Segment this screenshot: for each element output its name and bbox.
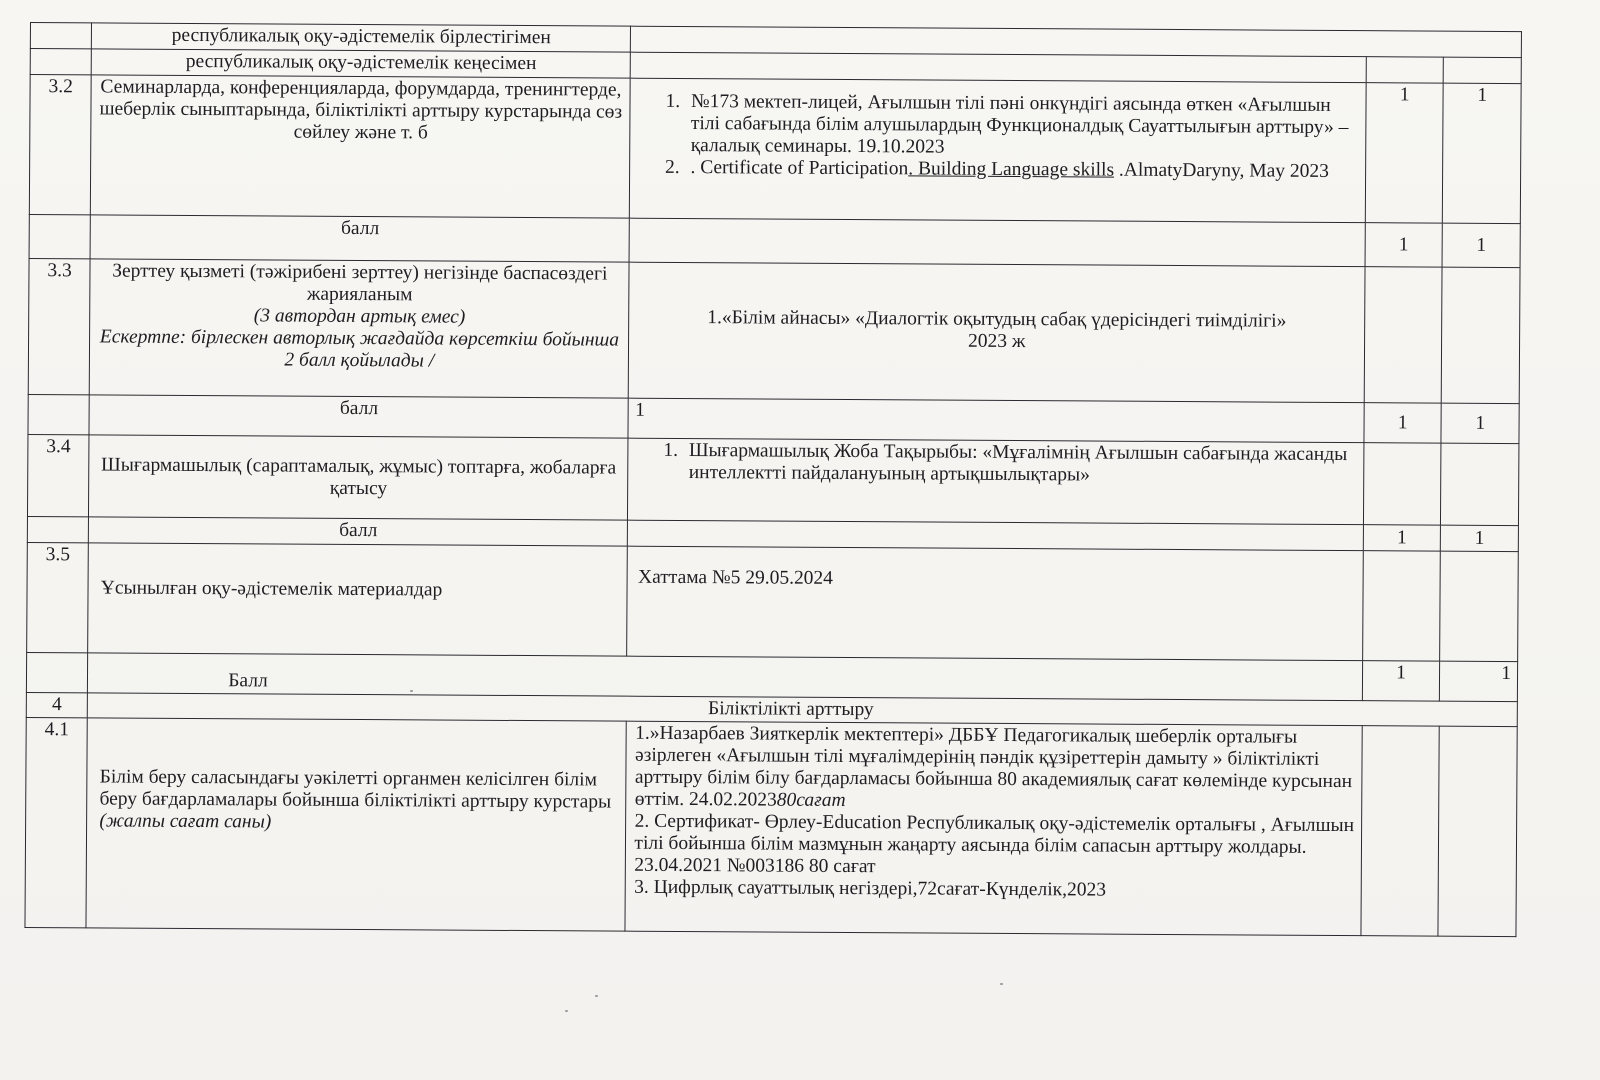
criterion-note: Ескертпе: бірлескен авторлық жағдайда кө… [96, 326, 622, 373]
criterion-cell: Зерттеу қызметі (тәжірибені зерттеу) нег… [89, 259, 629, 398]
row-number-cell: 4.1 [25, 717, 88, 927]
evidence-item: 3. Цифрлық сауаттылық негіздері,72сағат-… [634, 877, 1354, 903]
evidence-cell: 1 [628, 398, 1363, 442]
evidence-suffix: .AlmatyDaryny, May 2023 [1114, 160, 1329, 182]
score-cell-1: 1 [1362, 661, 1440, 701]
scanned-page: республикалық оқу-әдістемелік бірлестігі… [0, 0, 1600, 1080]
score-label-cell: балл [89, 395, 628, 438]
score-cell-2: 1 [1441, 525, 1519, 551]
score-cell-2: 1 [1441, 403, 1519, 443]
score-cell-1 [1363, 443, 1441, 525]
criterion-cell: республикалық оқу-әдістемелік бірлестігі… [92, 23, 631, 52]
evidence-text: 1.«Білім айнасы» «Диалогтік оқытудың саб… [636, 307, 1358, 333]
evidence-item: 2. Сертификат- Өрлеу-Education Республик… [634, 811, 1355, 881]
evidence-cell [630, 218, 1366, 266]
score-cell-1 [1361, 726, 1440, 936]
score-cell-1 [1362, 551, 1440, 661]
score-cell-2: 1 [1440, 661, 1518, 701]
score-label: Балл [228, 670, 268, 691]
row-number-cell [30, 23, 91, 49]
score-label-cell: балл [90, 215, 629, 262]
evaluation-table: республикалық оқу-әдістемелік бірлестігі… [24, 22, 1522, 937]
criterion-cell: Шығармашылық (сараптамалық, жұмыс) топта… [89, 435, 629, 520]
row-number-cell [30, 49, 91, 75]
table-row: 4.1 Білім беру саласындағы уәкілетті орг… [25, 717, 1517, 936]
row-number-cell [27, 516, 88, 542]
score-cell-2 [1438, 726, 1517, 936]
criterion-text: Білім беру саласындағы уәкілетті органме… [99, 766, 619, 813]
score-cell-1 [1366, 57, 1444, 83]
evidence-list: №173 мектеп-лицей, Ағылшын тілі пәні онк… [637, 91, 1360, 183]
row-number-cell: 3.4 [27, 434, 89, 516]
evidence-cell: Шығармашылық Жоба Тақырыбы: «Мұғалімнің … [628, 438, 1364, 524]
criterion-note: (жалпы сағат саны) [99, 810, 619, 835]
row-number-cell [28, 394, 90, 434]
evidence-list: Шығармашылық Жоба Тақырыбы: «Мұғалімнің … [635, 440, 1358, 488]
evidence-item: 1.»Назарбаев Зияткерлік мектептері» ДББҰ… [635, 723, 1356, 815]
evidence-item: Шығармашылық Жоба Тақырыбы: «Мұғалімнің … [683, 440, 1358, 488]
score-cell-2 [1440, 551, 1518, 661]
scan-speck [410, 690, 413, 692]
score-cell-1: 1 [1365, 223, 1443, 267]
evidence-text: 2023 ж [635, 329, 1357, 355]
criterion-text: Ұсынылған оқу-әдістемелік материалдар [101, 577, 443, 600]
evidence-item: . Certificate of Participation. Building… [685, 157, 1359, 183]
criterion-cell: Білім беру саласындағы уәкілетті органме… [86, 718, 626, 931]
score-cell-1 [1364, 267, 1442, 403]
row-number-cell: 3.2 [29, 75, 91, 215]
criterion-cell: Ұсынылған оқу-әдістемелік материалдар [88, 543, 628, 656]
score-cell-2: 1 [1443, 83, 1522, 223]
evidence-cell: 1.»Назарбаев Зияткерлік мектептері» ДББҰ… [625, 721, 1362, 935]
evidence-cell: Хаттама №5 29.05.2024 [627, 546, 1363, 660]
scan-speck [595, 995, 598, 997]
table-row: 3.5 Ұсынылған оқу-әдістемелік материалда… [27, 542, 1519, 661]
score-cell-2: 1 [1442, 223, 1520, 267]
evidence-underlined: . Building Language skills [908, 158, 1114, 180]
evidence-prefix: . Certificate of Participation [691, 157, 909, 179]
row-number-cell: 3.3 [28, 258, 90, 394]
table-row: 3.4 Шығармашылық (сараптамалық, жұмыс) т… [27, 434, 1518, 525]
scan-speck [565, 1010, 568, 1012]
row-number-cell [26, 652, 88, 692]
scan-speck [1000, 983, 1003, 985]
criterion-note: (3 автордан артық емес) [96, 304, 622, 329]
evidence-cell: 1.«Білім айнасы» «Диалогтік оқытудың саб… [629, 262, 1365, 402]
score-cell-1: 1 [1364, 403, 1442, 443]
row-number-cell: 4 [26, 692, 87, 717]
section-title: Біліктілікті арттыру [708, 698, 874, 720]
evidence-text: Хаттама №5 29.05.2024 [638, 567, 833, 589]
criterion-cell: республикалық оқу-әдістемелік кеңесімен [91, 49, 630, 78]
score-cell-2 [1441, 443, 1519, 525]
score-cell-2 [1443, 57, 1521, 83]
evidence-hours: 80сағат [777, 790, 846, 811]
table-row: 3.2 Семинарларда, конференцияларда, фору… [29, 75, 1521, 224]
criterion-cell: Семинарларда, конференцияларда, форумдар… [91, 75, 631, 218]
evidence-cell: №173 мектеп-лицей, Ағылшын тілі пәні онк… [630, 78, 1366, 222]
score-cell-1: 1 [1365, 83, 1443, 223]
score-cell-1: 1 [1363, 525, 1441, 551]
evidence-text: 1.»Назарбаев Зияткерлік мектептері» ДББҰ… [635, 723, 1352, 811]
score-label-cell: балл [89, 517, 628, 546]
row-number-cell: 3.5 [27, 542, 89, 652]
score-cell-2 [1442, 267, 1520, 403]
row-number-cell [29, 214, 91, 258]
evidence-item: №173 мектеп-лицей, Ағылшын тілі пәні онк… [685, 91, 1360, 161]
table-row: 3.3 Зерттеу қызметі (тәжірибені зерттеу)… [28, 258, 1520, 403]
criterion-text: Зерттеу қызметі (тәжірибені зерттеу) нег… [97, 260, 623, 307]
evaluation-table-document: республикалық оқу-әдістемелік бірлестігі… [24, 22, 1522, 937]
